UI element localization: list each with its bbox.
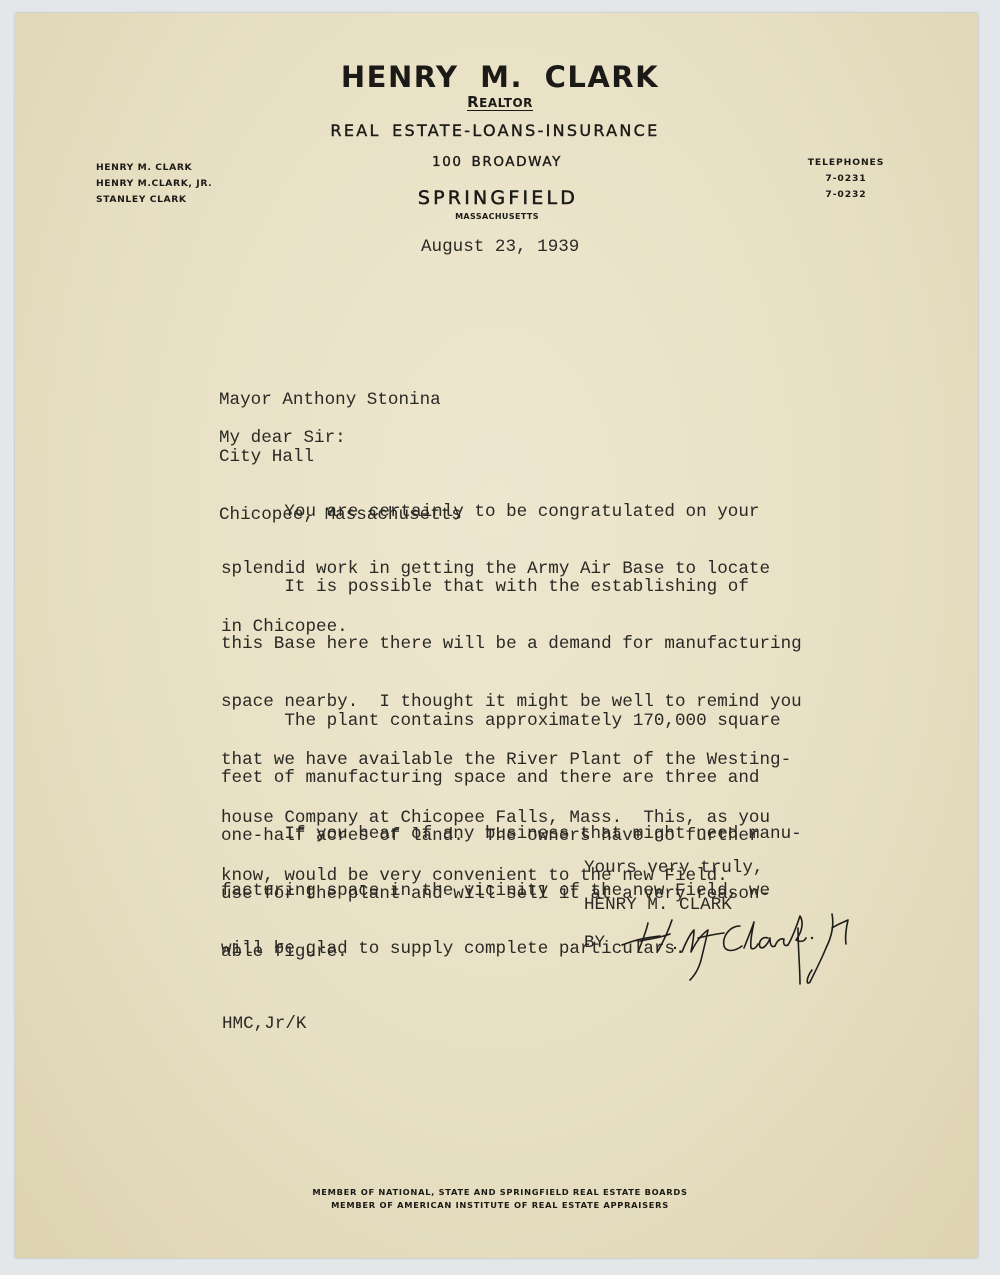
reference-initials: HMC,Jr/K xyxy=(222,1015,306,1034)
letterhead-partners: HENRY M. CLARK HENRY M.CLARK, JR. STANLE… xyxy=(96,160,212,208)
by-label: BY xyxy=(584,934,605,953)
recipient-name: Mayor Anthony Stonina xyxy=(219,391,462,410)
handwritten-signature: H. M. Clark Jr. xyxy=(620,908,850,993)
telephones-label: TELEPHONES xyxy=(792,155,900,171)
letterhead-telephones: TELEPHONES 7-0231 7-0232 xyxy=(792,155,900,203)
telephone-number: 7-0231 xyxy=(792,171,900,187)
telephone-number: 7-0232 xyxy=(792,187,900,203)
partner-name: STANLEY CLARK xyxy=(96,192,212,208)
letterhead-name: HENRY M. CLARK xyxy=(0,60,1000,94)
complimentary-closing: Yours very truly, xyxy=(584,859,764,878)
partner-name: HENRY M. CLARK xyxy=(96,160,212,176)
letterhead-footer: MEMBER OF NATIONAL, STATE AND SPRINGFIEL… xyxy=(0,1186,1000,1211)
footer-line: MEMBER OF AMERICAN INSTITUTE OF REAL EST… xyxy=(0,1199,1000,1212)
letterhead-state: MASSACHUSETTS xyxy=(0,212,994,221)
partner-name: HENRY M.CLARK, JR. xyxy=(96,176,212,192)
letter-date: August 23, 1939 xyxy=(421,238,579,257)
salutation: My dear Sir: xyxy=(219,429,346,448)
letterhead-title: REALTOR xyxy=(0,93,1000,111)
letterhead-services: REAL ESTATE-LOANS-INSURANCE xyxy=(0,121,990,140)
footer-line: MEMBER OF NATIONAL, STATE AND SPRINGFIEL… xyxy=(0,1186,1000,1199)
